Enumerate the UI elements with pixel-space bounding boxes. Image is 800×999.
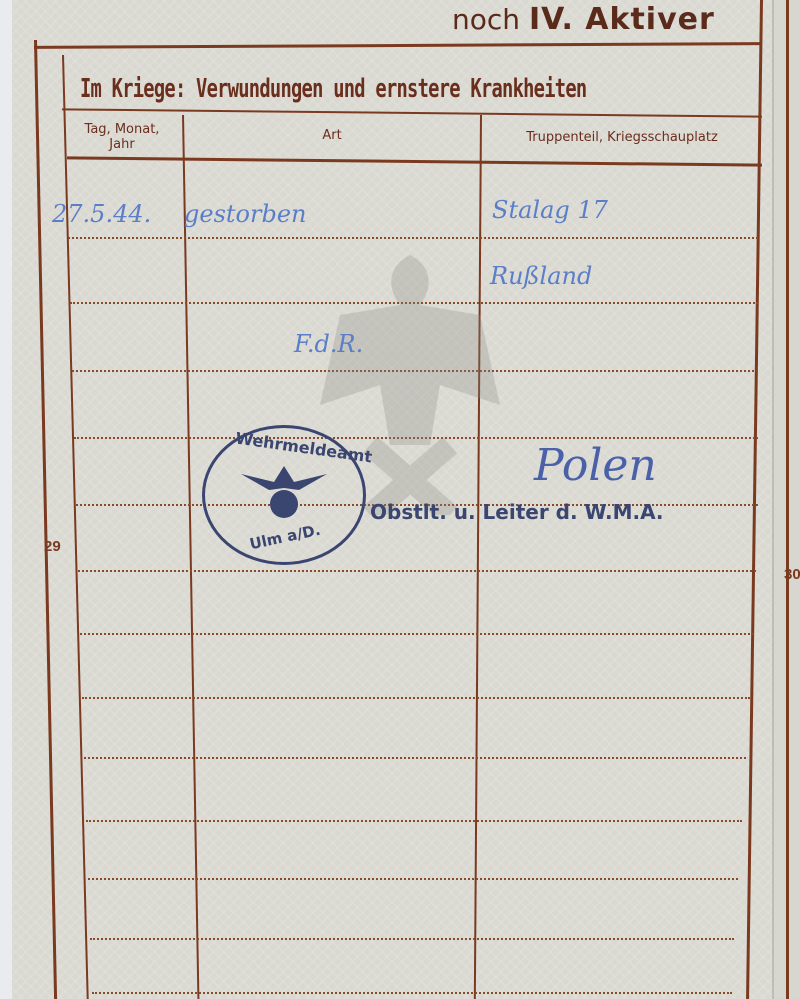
entry-theater: Rußland	[490, 262, 592, 290]
row-line	[78, 570, 756, 572]
eagle-icon	[239, 460, 329, 520]
stamp-bottom-text: Ulm a/D.	[248, 521, 322, 554]
adjacent-page-rule	[786, 0, 789, 999]
entry-date: 27.5.44.	[52, 200, 151, 228]
adjacent-page-edge: 30	[772, 0, 800, 999]
signature-title: Obstlt. u. Leiter d. W.M.A.	[370, 500, 664, 524]
row-line	[82, 697, 750, 699]
header-title-text: IV. Aktiver	[529, 2, 715, 37]
signature: Polen	[534, 440, 657, 491]
row-line	[92, 992, 732, 994]
frame-left-line	[34, 40, 57, 999]
header-rule	[34, 42, 762, 49]
page-number-right: 30	[784, 566, 800, 583]
document-page: noch IV. Aktiver Im Kriege: Verwundungen…	[12, 0, 772, 999]
column-header-type: Art	[192, 128, 472, 143]
row-line	[88, 878, 738, 880]
page-number-left: 29	[44, 538, 61, 555]
entry-unit: Stalag 17	[492, 196, 608, 224]
row-line	[86, 820, 742, 822]
column-header-rule	[67, 156, 762, 166]
header-title: noch IV. Aktiver	[452, 2, 715, 37]
abbrev-note: F.d.R.	[294, 330, 363, 358]
official-stamp: Wehrmeldeamt Ulm a/D.	[202, 425, 366, 565]
section-title: Im Kriege: Verwundungen und ernstere Kra…	[80, 74, 586, 104]
column-header-unit: Truppenteil, Kriegsschauplatz	[492, 130, 752, 145]
frame-inner-left-line	[62, 55, 89, 999]
row-line	[84, 757, 746, 759]
column-header-date: Tag, Monat, Jahr	[72, 122, 172, 152]
row-line	[80, 633, 754, 635]
entry-type: gestorben	[184, 200, 306, 228]
frame-right-line	[746, 0, 763, 999]
header-prefix: noch	[452, 3, 520, 36]
column-divider-1	[182, 115, 199, 999]
row-line	[90, 938, 734, 940]
section-rule	[62, 108, 762, 117]
row-line	[68, 237, 758, 239]
